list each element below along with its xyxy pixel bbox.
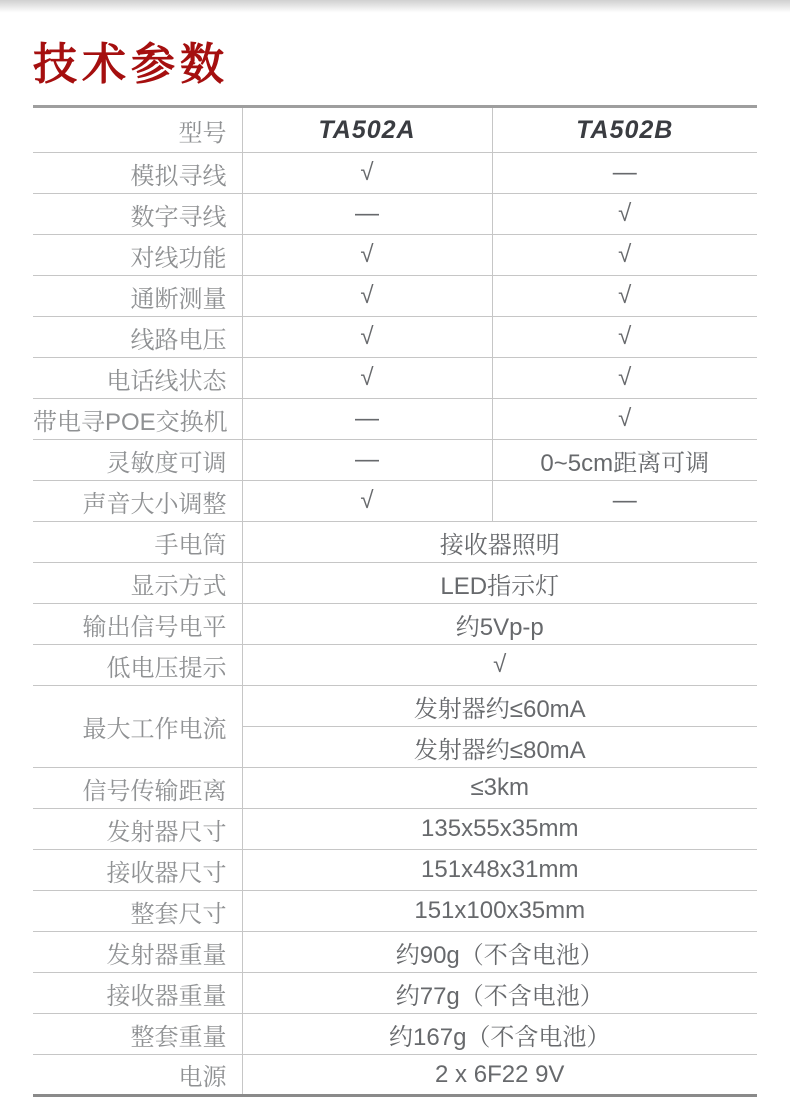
table-row: 电源 2 x 6F22 9V	[33, 1055, 757, 1096]
spec-label: 接收器重量	[33, 973, 242, 1014]
spec-label: 整套重量	[33, 1014, 242, 1055]
table-row: 通断测量 √ √	[33, 276, 757, 317]
spec-value-a: —	[242, 399, 492, 440]
spec-label: 通断测量	[33, 276, 242, 317]
spec-label: 模拟寻线	[33, 153, 242, 194]
table-row: 发射器重量 约90g（不含电池）	[33, 932, 757, 973]
spec-value-shared: 接收器照明	[242, 522, 757, 563]
spec-label: 发射器尺寸	[33, 809, 242, 850]
spec-value-shared: 约5Vp-p	[242, 604, 757, 645]
table-row: 线路电压 √ √	[33, 317, 757, 358]
spec-value-shared: 发射器约≤80mA	[242, 727, 757, 768]
spec-label: 对线功能	[33, 235, 242, 276]
spec-label: 手电筒	[33, 522, 242, 563]
spec-label: 信号传输距离	[33, 768, 242, 809]
table-row: 低电压提示 √	[33, 645, 757, 686]
table-row: 带电寻POE交换机 — √	[33, 399, 757, 440]
header-model-label: 型号	[33, 107, 242, 153]
spec-value-a: √	[242, 153, 492, 194]
spec-value-a: —	[242, 440, 492, 481]
spec-value-shared: √	[242, 645, 757, 686]
spec-label: 数字寻线	[33, 194, 242, 235]
spec-label: 发射器重量	[33, 932, 242, 973]
spec-value-a: √	[242, 317, 492, 358]
spec-value-shared: 135x55x35mm	[242, 809, 757, 850]
spec-label: 灵敏度可调	[33, 440, 242, 481]
table-row: 手电筒 接收器照明	[33, 522, 757, 563]
spec-value-shared: 151x48x31mm	[242, 850, 757, 891]
spec-value-shared: 约77g（不含电池）	[242, 973, 757, 1014]
table-row: 最大工作电流 发射器约≤60mA	[33, 686, 757, 727]
spec-value-b: —	[492, 481, 757, 522]
table-row: 信号传输距离 ≤3km	[33, 768, 757, 809]
spec-value-b: √	[492, 194, 757, 235]
page-title: 技术参数	[33, 42, 229, 88]
spec-label: 显示方式	[33, 563, 242, 604]
table-row: 接收器尺寸 151x48x31mm	[33, 850, 757, 891]
spec-value-a: —	[242, 194, 492, 235]
spec-label: 电源	[33, 1055, 242, 1096]
spec-label: 线路电压	[33, 317, 242, 358]
spec-value-b: √	[492, 276, 757, 317]
spec-value-b: √	[492, 358, 757, 399]
top-shadow-divider	[0, 0, 790, 14]
spec-table: 型号 TA502A TA502B 模拟寻线 √ — 数字寻线 — √ 对线功能 …	[33, 105, 757, 1097]
spec-value-shared: 约90g（不含电池）	[242, 932, 757, 973]
spec-label: 电话线状态	[33, 358, 242, 399]
spec-value-shared: 151x100x35mm	[242, 891, 757, 932]
table-row: 整套重量 约167g（不含电池）	[33, 1014, 757, 1055]
spec-value-a: √	[242, 358, 492, 399]
spec-value-b: √	[492, 317, 757, 358]
table-row: 整套尺寸 151x100x35mm	[33, 891, 757, 932]
table-row: 电话线状态 √ √	[33, 358, 757, 399]
header-model-b: TA502B	[492, 107, 757, 153]
spec-label: 整套尺寸	[33, 891, 242, 932]
spec-label: 最大工作电流	[33, 686, 242, 768]
spec-value-b: √	[492, 235, 757, 276]
table-header-row: 型号 TA502A TA502B	[33, 107, 757, 153]
table-row: 对线功能 √ √	[33, 235, 757, 276]
table-row: 模拟寻线 √ —	[33, 153, 757, 194]
spec-value-a: √	[242, 481, 492, 522]
spec-value-b: —	[492, 153, 757, 194]
table-row: 接收器重量 约77g（不含电池）	[33, 973, 757, 1014]
header-model-a: TA502A	[242, 107, 492, 153]
table-row: 发射器尺寸 135x55x35mm	[33, 809, 757, 850]
table-row: 声音大小调整 √ —	[33, 481, 757, 522]
spec-label: 低电压提示	[33, 645, 242, 686]
table-row: 显示方式 LED指示灯	[33, 563, 757, 604]
table-row: 数字寻线 — √	[33, 194, 757, 235]
spec-value-b: 0~5cm距离可调	[492, 440, 757, 481]
spec-label: 声音大小调整	[33, 481, 242, 522]
spec-value-shared: ≤3km	[242, 768, 757, 809]
table-row: 灵敏度可调 — 0~5cm距离可调	[33, 440, 757, 481]
spec-label: 接收器尺寸	[33, 850, 242, 891]
spec-value-a: √	[242, 276, 492, 317]
table-row: 输出信号电平 约5Vp-p	[33, 604, 757, 645]
spec-label: 带电寻POE交换机	[33, 399, 242, 440]
spec-value-a: √	[242, 235, 492, 276]
spec-value-shared: 发射器约≤60mA	[242, 686, 757, 727]
spec-value-shared: 2 x 6F22 9V	[242, 1055, 757, 1096]
spec-value-shared: 约167g（不含电池）	[242, 1014, 757, 1055]
spec-value-shared: LED指示灯	[242, 563, 757, 604]
spec-label: 输出信号电平	[33, 604, 242, 645]
spec-value-b: √	[492, 399, 757, 440]
